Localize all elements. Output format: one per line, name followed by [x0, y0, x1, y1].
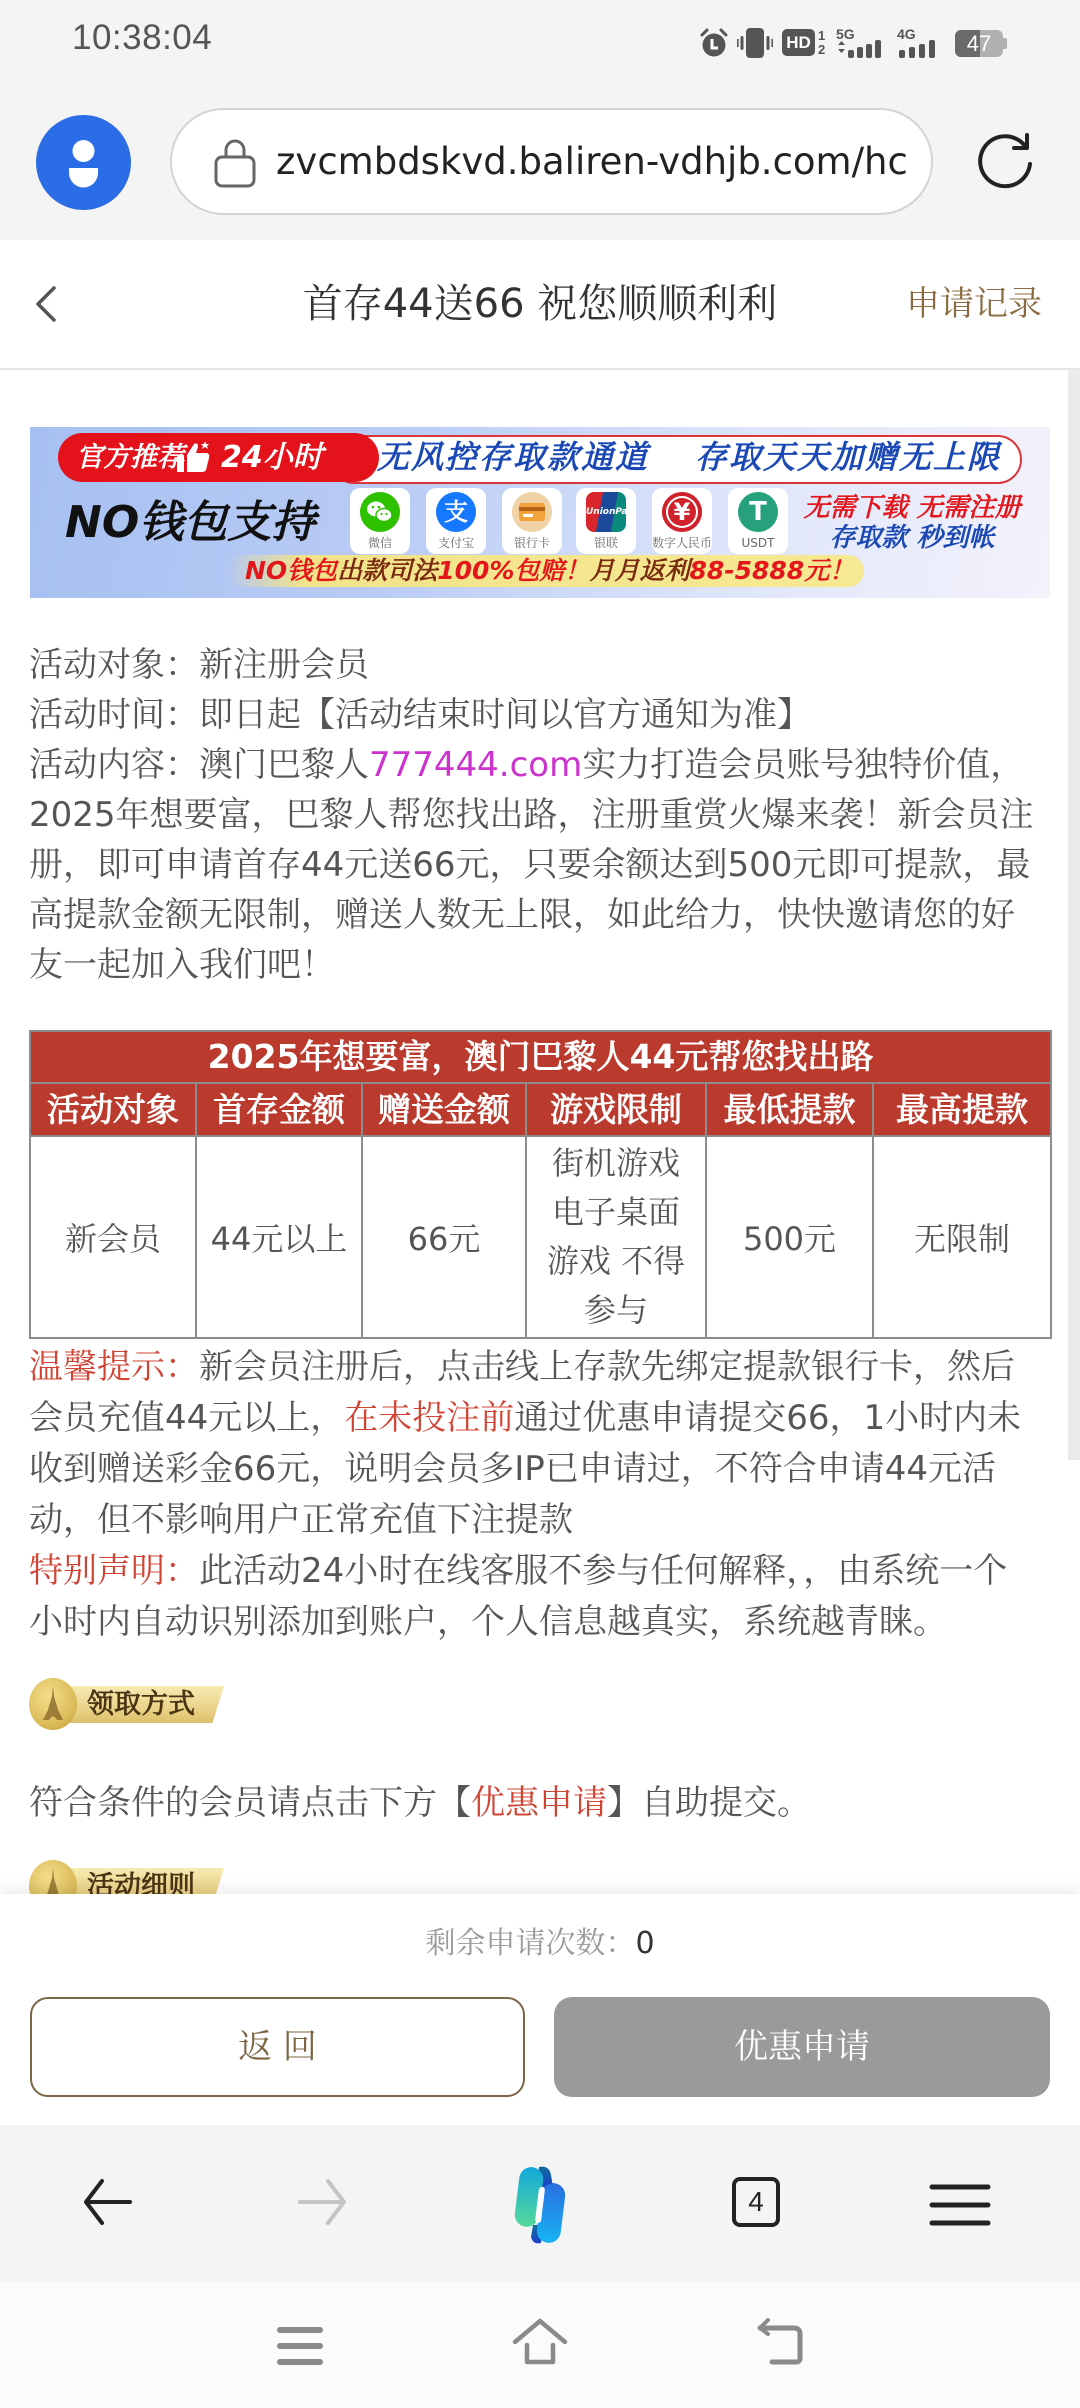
- wechat-icon: [360, 492, 400, 532]
- statement-label: 特别声明：: [29, 1551, 199, 1591]
- banner-badge-hours: 24小时: [221, 433, 323, 482]
- banner-footer-seg: 100%包赔！: [437, 556, 589, 585]
- activity-intro: 活动对象：新注册会员 活动时间：即日起【活动结束时间以官方通知为准】 活动内容：…: [29, 640, 1059, 990]
- claim-prefix: 符合条件的会员请点击下方【: [29, 1783, 471, 1823]
- tab-switcher-button[interactable]: 4: [732, 2177, 780, 2227]
- lock-icon[interactable]: [213, 138, 257, 188]
- payment-tile-usdt: T USDT: [728, 488, 788, 554]
- table-header: 活动对象: [30, 1083, 196, 1136]
- payment-label: 微信: [342, 535, 418, 551]
- home-icon[interactable]: [510, 2318, 570, 2366]
- notice-line: 温馨提示：新会员注册后，点击线上存款先绑定提款银行卡，然后: [29, 1342, 1059, 1393]
- statement-text: 此活动24小时在线客服不参与任何解释，，由系统一个: [199, 1551, 1007, 1591]
- vibrate-icon: [737, 27, 773, 59]
- banner-wallet-title: NO钱包支持: [65, 495, 315, 551]
- table-cell: 66元: [362, 1136, 526, 1338]
- notice-line: 收到赠送彩金66元，说明会员多IP已申请过，不符合申请44元活: [29, 1444, 1059, 1495]
- banner-badge-text: 官方推荐: [76, 433, 184, 482]
- remaining-label: 剩余申请次数：: [425, 1926, 635, 1961]
- battery-nub: [1003, 38, 1007, 49]
- table-header: 最高提款: [873, 1083, 1051, 1136]
- reload-icon[interactable]: [975, 132, 1037, 192]
- activity-target-label: 活动对象：: [29, 645, 199, 685]
- statement-line: 特别声明：此活动24小时在线客服不参与任何解释，，由系统一个: [29, 1546, 1059, 1597]
- notice-text: 新会员注册后，点击线上存款先绑定提款银行卡，然后: [199, 1347, 1015, 1387]
- activity-time-value: 即日起【活动结束时间以官方通知为准】: [199, 695, 811, 735]
- table-cell: 500元: [706, 1136, 873, 1338]
- claim-line: 符合条件的会员请点击下方【优惠申请】自助提交。: [29, 1778, 1059, 1828]
- table-cell: 街机游戏电子桌面游戏 不得参与: [538, 1139, 694, 1335]
- payment-tile-wechat: 微信: [350, 488, 410, 554]
- action-panel: 剩余申请次数：0 返 回 优惠申请: [0, 1894, 1080, 2125]
- banner-official-badge: 官方推荐 24小时: [58, 433, 379, 482]
- usdt-icon: T: [738, 492, 778, 532]
- battery-level: 47: [955, 30, 1003, 57]
- activity-target: 活动对象：新注册会员: [29, 640, 1059, 690]
- battery-icon: 47: [955, 30, 1003, 57]
- hd-sim-bottom: 2: [818, 43, 825, 56]
- notice-highlight: 在未投注前: [344, 1398, 514, 1438]
- activity-content: 活动内容：澳门巴黎人777444.com实力打造会员账号独特价值，: [29, 740, 1059, 790]
- payment-label: 数字人民币: [644, 535, 720, 551]
- browser-forward-icon[interactable]: [294, 2177, 350, 2227]
- remaining-applications: 剩余申请次数：0: [0, 1922, 1080, 1966]
- activity-content-label: 活动内容：: [29, 745, 199, 785]
- notice-line: 会员充值44元以上，在未投注前通过优惠申请提交66，1小时内未: [29, 1393, 1059, 1444]
- system-navigation-bar: [0, 2282, 1080, 2408]
- recent-apps-icon[interactable]: [276, 2326, 324, 2366]
- user-icon: [36, 115, 131, 210]
- eiffel-tower-icon: [41, 1686, 65, 1720]
- signal-4g-icon: [897, 40, 945, 58]
- back-button[interactable]: 返 回: [30, 1997, 525, 2097]
- apply-promotion-button[interactable]: 优惠申请: [554, 1997, 1050, 2097]
- activity-content-line: 高提款金额无限制，赠送人数无上限，如此给力，快快邀请您的好: [29, 890, 1059, 940]
- banner-instant-text: 存取款 秒到帐: [802, 523, 1022, 553]
- payment-tile-bank-card: 银行卡: [502, 488, 562, 554]
- bank-card-icon: [512, 492, 552, 532]
- promo-table: 2025年想要富，澳门巴黎人44元帮您找出路 活动对象 首存金额 赠送金额 游戏…: [29, 1030, 1052, 1339]
- table-header: 游戏限制: [526, 1083, 706, 1136]
- alarm-icon: [699, 27, 729, 58]
- signal-5g-icon: [836, 40, 886, 58]
- banner-footer-seg: 88-5888元！: [689, 556, 854, 585]
- browser-top-chrome: 10:38:04 HD 1 2 5G 4G 47: [0, 0, 1080, 240]
- digital-rmb-icon: ¥: [662, 492, 702, 532]
- table-header: 首存金额: [196, 1083, 362, 1136]
- hd-sim-top: 1: [818, 29, 825, 42]
- activity-target-value: 新注册会员: [199, 645, 369, 685]
- table-header: 赠送金额: [362, 1083, 526, 1136]
- payment-tile-unionpay: UnionPay 银联: [576, 488, 636, 554]
- table-title: 2025年想要富，澳门巴黎人44元帮您找出路: [30, 1031, 1051, 1083]
- payment-tile-digital-rmb: ¥ 数字人民币: [652, 488, 712, 554]
- table-cell-game-limit: 街机游戏电子桌面游戏 不得参与: [526, 1136, 706, 1338]
- activity-content-line: 友一起加入我们吧！: [29, 940, 1059, 990]
- activity-time: 活动时间：即日起【活动结束时间以官方通知为准】: [29, 690, 1059, 740]
- network-4g-label: 4G: [897, 27, 916, 41]
- hd-voice-icon: HD: [782, 29, 815, 56]
- payment-label: 银行卡: [494, 535, 570, 551]
- badge-medal: [29, 1678, 77, 1730]
- activity-brand: 澳门巴黎人: [199, 745, 369, 785]
- table-title-row: 2025年想要富，澳门巴黎人44元帮您找出路: [30, 1031, 1051, 1083]
- alipay-icon: 支: [436, 492, 476, 532]
- table-cell: 44元以上: [196, 1136, 362, 1338]
- profile-avatar-button[interactable]: [36, 115, 131, 210]
- section-badge-claim-method: 领取方式: [29, 1678, 229, 1732]
- activity-content-line: 2025年想要富，巴黎人帮您找出路，注册重赏火爆来袭！新会员注: [29, 790, 1059, 840]
- copilot-icon[interactable]: [493, 2163, 587, 2247]
- activity-content-text: 实力打造会员账号独特价值，: [582, 745, 1024, 785]
- notice-text: 通过优惠申请提交66，1小时内未: [514, 1398, 1021, 1438]
- banner-footer-seg: 出款司法: [337, 556, 437, 585]
- menu-icon[interactable]: [928, 2183, 992, 2227]
- status-time: 10:38:04: [72, 18, 212, 58]
- banner-footer-seg: 月月返利: [589, 556, 689, 585]
- page-header: 首存44送66 祝您顺顺利利 申请记录: [0, 240, 1080, 370]
- address-bar[interactable]: zvcmbdskvd.baliren-vdhjb.com/hc: [170, 108, 933, 215]
- table-cell: 无限制: [873, 1136, 1051, 1338]
- statement-line: 小时内自动识别添加到账户，个人信息越真实，系统越青睐。: [29, 1597, 1059, 1648]
- hd-label: HD: [786, 33, 811, 52]
- notice-line: 动，但不影响用户正常充值下注提款: [29, 1495, 1059, 1546]
- payment-tile-alipay: 支 支付宝: [426, 488, 486, 554]
- activity-content-line: 册，即可申请首存44元送66元，只要余额达到500元即可提款，最: [29, 840, 1059, 890]
- claim-suffix: 】自助提交。: [607, 1783, 811, 1823]
- notice-text: 会员充值44元以上，: [29, 1398, 344, 1438]
- payment-label: 银联: [568, 535, 644, 551]
- application-records-link[interactable]: 申请记录: [906, 240, 1042, 368]
- activity-time-label: 活动时间：: [29, 695, 199, 735]
- remaining-count: 0: [635, 1926, 654, 1961]
- claim-instructions: 符合条件的会员请点击下方【优惠申请】自助提交。: [29, 1778, 1059, 1828]
- notice-label: 温馨提示：: [29, 1347, 199, 1387]
- banner-footer-seg: NO钱包: [245, 556, 337, 585]
- banner-headline-1: 无风控存取款通道: [377, 435, 649, 480]
- tips-block: 温馨提示：新会员注册后，点击线上存款先绑定提款银行卡，然后 会员充值44元以上，…: [29, 1342, 1059, 1648]
- promo-banner[interactable]: 无风控存取款通道 存取天天加赠无上限 官方推荐 24小时 NO钱包支持 微信 支…: [30, 427, 1050, 598]
- page-scrollbar[interactable]: [1068, 370, 1080, 1460]
- browser-toolbar: 4: [0, 2125, 1080, 2282]
- section-title: 领取方式: [87, 1686, 195, 1723]
- banner-no-download-text: 无需下载 无需注册: [802, 493, 1022, 523]
- table-header: 最低提款: [706, 1083, 873, 1136]
- browser-back-icon[interactable]: [80, 2177, 136, 2227]
- payment-label: USDT: [720, 535, 796, 551]
- network-5g-label: 5G: [836, 27, 855, 41]
- url-text[interactable]: zvcmbdskvd.baliren-vdhjb.com/hc: [276, 110, 917, 213]
- table-row: 新会员 44元以上 66元 街机游戏电子桌面游戏 不得参与 500元 无限制: [30, 1136, 1051, 1338]
- thumbs-up-icon: [176, 441, 212, 473]
- unionpay-icon: UnionPay: [586, 492, 626, 532]
- site-link[interactable]: 777444.com: [369, 745, 582, 785]
- table-cell: 新会员: [30, 1136, 196, 1338]
- banner-headline-2: 存取天天加赠无上限: [695, 435, 1001, 480]
- payment-label: 支付宝: [418, 535, 494, 551]
- table-header-row: 活动对象 首存金额 赠送金额 游戏限制 最低提款 最高提款: [30, 1083, 1051, 1136]
- banner-footer-text: NO钱包出款司法100%包赔！月月返利88-5888元！: [245, 555, 854, 587]
- claim-apply-link[interactable]: 优惠申请: [471, 1783, 607, 1823]
- system-back-icon[interactable]: [754, 2318, 806, 2368]
